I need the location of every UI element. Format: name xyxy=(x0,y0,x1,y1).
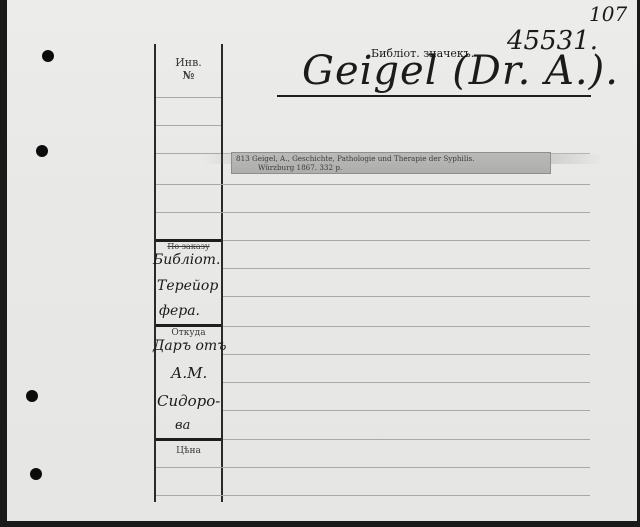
from-where-line-4: ва xyxy=(175,418,190,433)
rule xyxy=(223,240,590,241)
rule xyxy=(156,495,590,496)
from-where-line-3: Сидоро- xyxy=(157,392,220,410)
section-divider xyxy=(156,438,221,441)
from-where-label: Откуда xyxy=(156,328,221,338)
rule xyxy=(223,296,590,297)
punch-hole xyxy=(26,390,38,402)
column-border-right xyxy=(221,44,223,502)
by-order-label: По заказу xyxy=(156,242,221,251)
rule xyxy=(223,410,590,411)
by-order-line-3: фера. xyxy=(159,303,200,319)
rule xyxy=(223,354,590,355)
section-divider xyxy=(156,324,221,327)
from-where-line-2: А.М. xyxy=(171,364,207,382)
rule xyxy=(156,212,590,213)
inventory-no-label: № xyxy=(156,69,221,82)
punch-hole xyxy=(42,50,54,62)
punch-hole xyxy=(30,468,42,480)
rule xyxy=(223,439,590,440)
heading-underline xyxy=(277,95,591,97)
from-where-line-1: Даръ отъ xyxy=(153,338,227,354)
catalog-card: 107 Библіот. значекъ. 45531. Geigel (Dr.… xyxy=(7,0,637,521)
inventory-label: Инв. xyxy=(156,56,221,69)
rule xyxy=(156,97,221,98)
page-number: 107 xyxy=(589,2,627,26)
rule xyxy=(223,382,590,383)
rule xyxy=(223,326,590,327)
by-order-line-1: Библіот. xyxy=(153,252,220,268)
punch-hole xyxy=(36,145,48,157)
rule xyxy=(156,184,590,185)
rule xyxy=(156,125,221,126)
column-border-left xyxy=(154,44,156,502)
rule xyxy=(156,467,590,468)
bibliographic-clipping: 813 Geigel, A., Geschichte, Pathologie u… xyxy=(231,152,551,174)
by-order-line-2: Терейор xyxy=(157,278,218,294)
rule xyxy=(223,268,590,269)
price-label: Цѣна xyxy=(156,446,221,456)
clipping-line-1: 813 Geigel, A., Geschichte, Pathologie u… xyxy=(236,154,546,163)
clipping-line-2: Würzburg 1867. 332 p. xyxy=(236,163,546,172)
author-heading: Geigel (Dr. A.). xyxy=(302,48,619,94)
